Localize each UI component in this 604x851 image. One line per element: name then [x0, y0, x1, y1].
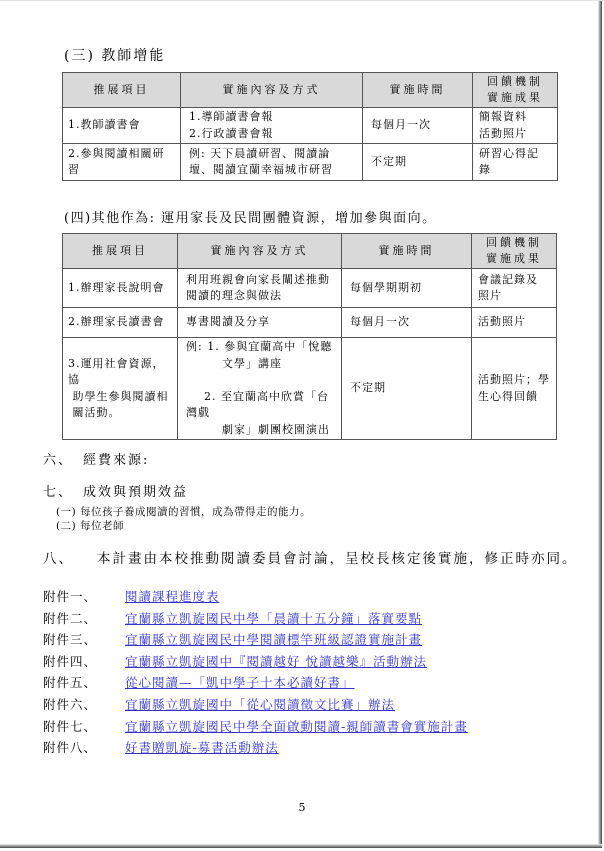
page-number: 5: [0, 801, 604, 814]
attachment-link-2[interactable]: 宜蘭縣立凱旋國民中學「晨讀十五分鐘」落實要點: [125, 611, 422, 626]
table-cell: 每個月一次: [342, 308, 472, 338]
table-cell: 例: 天下晨讀研習、閱讀論 壇、閱讀宜蘭幸福城市研習: [181, 144, 363, 181]
column-header-item: 推展項目: [63, 73, 181, 108]
section-heading-outcome: 七、成效與預期效益: [43, 481, 188, 500]
table-cell: 研習心得記 錄: [473, 144, 558, 181]
table-cell: 例: 1. 參與宜蘭高中「悅聽 文學」講座 2. 至宜蘭高中欣賞「台灣戲 劇家」…: [178, 338, 342, 440]
section-heading-teacher-empowerment: (三) 教師增能: [64, 45, 165, 65]
other-actions-table: 推展項目 實施內容及方式 實施時間 回饋機制 實施成果 1.辦理家長說明會 利用…: [62, 233, 557, 440]
attachment-row: 附件五、從心閱讀—「凱中學子十本必讀好書」: [43, 673, 468, 695]
attachment-label: 附件五、: [43, 673, 125, 691]
column-header-feedback: 回饋機制 實施成果: [473, 73, 558, 108]
attachment-label: 附件一、: [43, 587, 125, 605]
outcome-item-2: (二) 每位老師: [56, 518, 124, 533]
table-cell: 1.辦理家長說明會: [63, 269, 178, 308]
attachment-link-4[interactable]: 宜蘭縣立凱旋國中『閱讀越好 悅讀越樂』活動辦法: [125, 654, 427, 669]
attachment-row: 附件八、好書贈凱旋-募書活動辦法: [43, 738, 468, 760]
attachment-row: 附件一、閱讀課程進度表: [43, 587, 468, 609]
table-cell: 2.參與閱讀相關研 習: [63, 144, 181, 181]
table-row: 1.辦理家長說明會 利用班親會向家長闡述推動 閱讀的理念與做法 每個學期期初 會…: [63, 269, 557, 308]
attachment-label: 附件八、: [43, 738, 125, 756]
table-cell: 專書閱讀及分享: [178, 308, 342, 338]
table-cell: 不定期: [342, 338, 472, 440]
table-cell: 1.導師讀書會報 2.行政讀書會報: [181, 108, 363, 144]
page-edge-top: [0, 0, 604, 1]
attachment-row: 附件七、宜蘭縣立凱旋國民中學全面啟動閱讀-親師讀書會實施計畫: [43, 717, 468, 739]
attachment-link-5[interactable]: 從心閱讀—「凱中學子十本必讀好書」: [125, 675, 355, 690]
attachment-row: 附件二、宜蘭縣立凱旋國民中學「晨讀十五分鐘」落實要點: [43, 609, 468, 631]
column-header-feedback: 回饋機制 實施成果: [472, 234, 557, 269]
section-number: 八、: [43, 547, 97, 567]
document-page: (三) 教師增能 推展項目 實施內容及方式 實施時間 回饋機制 實施成果 1.教…: [0, 0, 604, 851]
table-cell: 每個月一次: [363, 108, 473, 144]
attachment-row: 附件四、宜蘭縣立凱旋國中『閱讀越好 悅讀越樂』活動辦法: [43, 652, 468, 674]
section-number: 六、: [43, 449, 83, 468]
section-number: 七、: [43, 481, 83, 500]
table-cell: 1.教師讀書會: [63, 108, 181, 144]
table-cell: 不定期: [363, 144, 473, 181]
section-title: 經費來源:: [83, 453, 149, 468]
table-row: 2.參與閱讀相關研 習 例: 天下晨讀研習、閱讀論 壇、閱讀宜蘭幸福城市研習 不…: [63, 144, 558, 181]
page-edge-bottom: [0, 844, 602, 848]
attachment-link-3[interactable]: 宜蘭縣立凱旋國民中學閱讀標竿班級認證實施計畫: [125, 632, 422, 647]
column-header-content: 實施內容及方式: [181, 73, 363, 108]
attachment-list: 附件一、閱讀課程進度表 附件二、宜蘭縣立凱旋國民中學「晨讀十五分鐘」落實要點 附…: [43, 587, 468, 760]
teacher-empowerment-table: 推展項目 實施內容及方式 實施時間 回饋機制 實施成果 1.教師讀書會 1.導師…: [62, 72, 558, 181]
table-cell: 3.運用社會資源，協 助學生參與閱讀相 關活動。: [63, 338, 178, 440]
table-header-row: 推展項目 實施內容及方式 實施時間 回饋機制 實施成果: [63, 234, 557, 269]
table-cell: 活動照片: [472, 308, 557, 338]
table-cell: 活動照片；學 生心得回饋: [472, 338, 557, 440]
table-cell: 利用班親會向家長闡述推動 閱讀的理念與做法: [178, 269, 342, 308]
attachment-link-6[interactable]: 宜蘭縣立凱旋國中「從心閱讀徵文比賽」辦法: [125, 697, 395, 712]
section-heading-approval: 八、本計畫由本校推動閱讀委員會討論，呈校長核定後實施，修正時亦同。: [43, 547, 578, 567]
attachment-row: 附件三、宜蘭縣立凱旋國民中學閱讀標竿班級認證實施計畫: [43, 630, 468, 652]
table-header-row: 推展項目 實施內容及方式 實施時間 回饋機制 實施成果: [63, 73, 558, 108]
attachment-label: 附件三、: [43, 630, 125, 648]
section-heading-budget: 六、經費來源:: [43, 449, 149, 468]
attachment-link-7[interactable]: 宜蘭縣立凱旋國民中學全面啟動閱讀-親師讀書會實施計畫: [125, 719, 468, 734]
attachment-link-1[interactable]: 閱讀課程進度表: [125, 589, 220, 604]
column-header-time: 實施時間: [342, 234, 472, 269]
attachment-row: 附件六、宜蘭縣立凱旋國中「從心閱讀徵文比賽」辦法: [43, 695, 468, 717]
section-text: 本計畫由本校推動閱讀委員會討論，呈校長核定後實施，修正時亦同。: [97, 551, 578, 567]
table-row: 3.運用社會資源，協 助學生參與閱讀相 關活動。 例: 1. 參與宜蘭高中「悅聽…: [63, 338, 557, 440]
column-header-time: 實施時間: [363, 73, 473, 108]
outcome-item-1: (一) 每位孩子養成閱讀的習慣，成為帶得走的能力。: [56, 504, 311, 519]
table-cell: 每個學期期初: [342, 269, 472, 308]
section-title: 成效與預期效益: [83, 485, 188, 500]
table-row: 2.辦理家長讀書會 專書閱讀及分享 每個月一次 活動照片: [63, 308, 557, 338]
attachment-label: 附件二、: [43, 609, 125, 627]
column-header-item: 推展項目: [63, 234, 178, 269]
attachment-link-8[interactable]: 好書贈凱旋-募書活動辦法: [125, 740, 279, 755]
table-cell: 簡報資料 活動照片: [473, 108, 558, 144]
table-cell: 會議記錄及 照片: [472, 269, 557, 308]
table-row: 1.教師讀書會 1.導師讀書會報 2.行政讀書會報 每個月一次 簡報資料 活動照…: [63, 108, 558, 144]
table-cell: 2.辦理家長讀書會: [63, 308, 178, 338]
section-heading-other-actions: (四)其他作為: 運用家長及民間團體資源，增加參與面向。: [64, 207, 437, 226]
column-header-content: 實施內容及方式: [178, 234, 342, 269]
attachment-label: 附件四、: [43, 652, 125, 670]
attachment-label: 附件七、: [43, 717, 125, 735]
page-edge-right: [598, 0, 602, 847]
attachment-label: 附件六、: [43, 695, 125, 713]
